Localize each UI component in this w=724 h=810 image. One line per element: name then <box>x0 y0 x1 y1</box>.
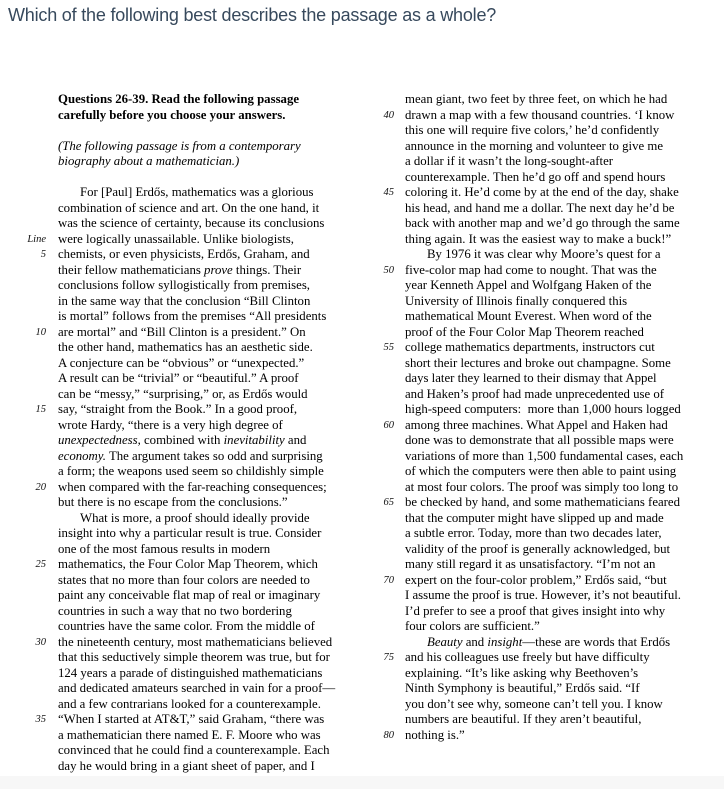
line-number <box>24 139 46 155</box>
line-number: 15 <box>24 402 46 418</box>
passage-text-line: a subtle error. Today, more than two dec… <box>405 526 662 542</box>
passage-line: For [Paul] Erdős, mathematics was a glor… <box>24 185 368 201</box>
passage-text-line: you don’t see why, someone can’t tell yo… <box>405 697 663 713</box>
passage-text-line: Beauty and insight—these are words that … <box>405 635 670 651</box>
line-number <box>372 402 394 418</box>
passage-line: economy. The argument takes so odd and s… <box>24 449 368 465</box>
passage-text-line: are mortal” and “Bill Clinton is a presi… <box>58 325 306 341</box>
passage-text-line: What is more, a proof should ideally pro… <box>58 511 310 527</box>
passage-line: convinced that he could find a counterex… <box>24 743 368 759</box>
passage-line: a form; the weapons used seem so childis… <box>24 464 368 480</box>
passage-line: unexpectedness, combined with inevitabil… <box>24 433 368 449</box>
passage-line: one of the most famous results in modern <box>24 542 368 558</box>
passage-text-line: announce in the morning and volunteer to… <box>405 139 663 155</box>
passage-line: I assume the proof is true. However, it’… <box>372 588 724 604</box>
passage-line: a subtle error. Today, more than two dec… <box>372 526 724 542</box>
passage-line: a mathematician there named E. F. Moore … <box>24 728 368 744</box>
passage-text-line: back with another map and we’d go throug… <box>405 216 680 232</box>
line-number <box>24 170 46 186</box>
line-number <box>24 356 46 372</box>
passage-text-line: the nineteenth century, most mathematici… <box>58 635 332 651</box>
line-number <box>24 588 46 604</box>
passage-text-line: A conjecture can be “obvious” or “unexpe… <box>58 356 304 372</box>
line-number <box>24 418 46 434</box>
line-number <box>24 573 46 589</box>
passage-line: mean giant, two feet by three feet, on w… <box>372 92 724 108</box>
line-number: 45 <box>372 185 394 201</box>
line-number <box>372 666 394 682</box>
passage-text-line: can be “messy,” “surprising,” or, as Erd… <box>58 387 308 403</box>
passage-line: 10are mortal” and “Bill Clinton is a pre… <box>24 325 368 341</box>
passage-text-line: is mortal” follows from the premises “Al… <box>58 309 326 325</box>
passage-text-line: was the science of certainty, because it… <box>58 216 324 232</box>
line-number <box>372 154 394 170</box>
passage-text-line: “When I started at AT&T,” said Graham, “… <box>58 712 324 728</box>
line-number: 75 <box>372 650 394 666</box>
line-number <box>24 542 46 558</box>
passage-text-line: numbers are beautiful. If they aren’t be… <box>405 712 641 728</box>
line-number <box>372 635 394 651</box>
line-number <box>372 387 394 403</box>
passage-text-line: chemists, or even physicists, Erdős, Gra… <box>58 247 310 263</box>
passage-text-line: short their lectures and broke out champ… <box>405 356 671 372</box>
passage-text-line: when compared with the far-reaching cons… <box>58 480 327 496</box>
passage-text-line: Questions 26-39. Read the following pass… <box>58 92 299 108</box>
passage-line: of which the computers were then able to… <box>372 464 724 480</box>
passage-text-line: a mathematician there named E. F. Moore … <box>58 728 321 744</box>
passage-text-line: mathematics, the Four Color Map Theorem,… <box>58 557 318 573</box>
passage-text-line: done was to demonstrate that all possibl… <box>405 433 674 449</box>
passage-line: at most four colors. The proof was simpl… <box>372 480 724 496</box>
line-number <box>24 309 46 325</box>
passage-text-line: were logically unassailable. Unlike biol… <box>58 232 294 248</box>
passage-text-line: wrote Hardy, “there is a very high degre… <box>58 418 283 434</box>
line-number <box>372 232 394 248</box>
line-number: 70 <box>372 573 394 589</box>
passage-text-line: By 1976 it was clear why Moore’s quest f… <box>405 247 661 263</box>
passage-line: a dollar if it wasn’t the long-sought-af… <box>372 154 724 170</box>
passage-line: and dedicated amateurs searched in vain … <box>24 681 368 697</box>
passage-line: the other hand, mathematics has an aesth… <box>24 340 368 356</box>
passage-line: 45coloring it. He’d come by at the end o… <box>372 185 724 201</box>
line-number <box>24 201 46 217</box>
line-number <box>24 728 46 744</box>
passage-text-line: days later they learned to their dismay … <box>405 371 657 387</box>
line-number <box>24 743 46 759</box>
passage-line: countries in such a way that no two bord… <box>24 604 368 620</box>
passage-line: 60among three machines. What Appel and H… <box>372 418 724 434</box>
passage-text-line: mathematical Mount Everest. When word of… <box>405 309 652 325</box>
passage-text-line: be checked by hand, and some mathematici… <box>405 495 680 511</box>
line-number <box>372 139 394 155</box>
passage-line: year Kenneth Appel and Wolfgang Haken of… <box>372 278 724 294</box>
passage-line: A result can be “trivial” or “beautiful.… <box>24 371 368 387</box>
passage-text-line: and dedicated amateurs searched in vain … <box>58 681 335 697</box>
line-number <box>24 108 46 124</box>
line-number <box>24 123 46 139</box>
line-number <box>372 588 394 604</box>
line-number <box>24 154 46 170</box>
passage-line: 65be checked by hand, and some mathemati… <box>372 495 724 511</box>
passage-line: done was to demonstrate that all possibl… <box>372 433 724 449</box>
line-number <box>24 263 46 279</box>
line-number: 65 <box>372 495 394 511</box>
passage-text-line: say, “straight from the Book.” In a good… <box>58 402 297 418</box>
passage-text-line: four colors are sufficient.” <box>405 619 540 635</box>
passage-text-line: among three machines. What Appel and Hak… <box>405 418 668 434</box>
passage-line: their fellow mathematicians prove things… <box>24 263 368 279</box>
line-number <box>372 247 394 263</box>
line-number: 5 <box>24 247 46 263</box>
footer-strip <box>0 776 724 789</box>
passage-line: you don’t see why, someone can’t tell yo… <box>372 697 724 713</box>
passage-text-line: insight into why a particular result is … <box>58 526 321 542</box>
line-number <box>24 216 46 232</box>
line-number <box>372 619 394 635</box>
passage-line: announce in the morning and volunteer to… <box>372 139 724 155</box>
passage-line: 40drawn a map with a few thousand countr… <box>372 108 724 124</box>
line-number <box>372 681 394 697</box>
passage-text-line: combination of science and art. On the o… <box>58 201 319 217</box>
line-number <box>24 681 46 697</box>
passage-text-line: coloring it. He’d come by at the end of … <box>405 185 679 201</box>
passage-text-line: a dollar if it wasn’t the long-sought-af… <box>405 154 613 170</box>
passage-line: that this seductively simple theorem was… <box>24 650 368 666</box>
passage-line: back with another map and we’d go throug… <box>372 216 724 232</box>
line-number: 20 <box>24 480 46 496</box>
passage-text-line: in the same way that the conclusion “Bil… <box>58 294 310 310</box>
passage-line: 20when compared with the far-reaching co… <box>24 480 368 496</box>
line-number <box>372 201 394 217</box>
passage-text-line: nothing is.” <box>405 728 465 744</box>
passage-line: mathematical Mount Everest. When word of… <box>372 309 724 325</box>
passage-line: 35“When I started at AT&T,” said Graham,… <box>24 712 368 728</box>
passage-line: that the computer might have slipped up … <box>372 511 724 527</box>
passage-text-line: carefully before you choose your answers… <box>58 108 285 124</box>
passage-text-line: countries in such a way that no two bord… <box>58 604 292 620</box>
line-number: 30 <box>24 635 46 651</box>
line-number <box>372 371 394 387</box>
line-number <box>372 511 394 527</box>
passage-line: short their lectures and broke out champ… <box>372 356 724 372</box>
passage-text-line: counterexample. Then he’d go off and spe… <box>405 170 665 186</box>
passage-text-line: explaining. “It’s like asking why Beetho… <box>405 666 638 682</box>
passage-text-line: variations of more than 1,500 fundamenta… <box>405 449 683 465</box>
passage-text-line: drawn a map with a few thousand countrie… <box>405 108 674 124</box>
passage-text-line: convinced that he could find a counterex… <box>58 743 329 759</box>
passage-line: 124 years a parade of distinguished math… <box>24 666 368 682</box>
passage-line: counterexample. Then he’d go off and spe… <box>372 170 724 186</box>
line-number <box>372 356 394 372</box>
line-number: 60 <box>372 418 394 434</box>
line-number <box>24 526 46 542</box>
line-number <box>372 123 394 139</box>
passage-line: is mortal” follows from the premises “Al… <box>24 309 368 325</box>
line-number <box>372 480 394 496</box>
line-number <box>372 309 394 325</box>
passage-line: conclusions follow syllogistically from … <box>24 278 368 294</box>
passage-text-line: year Kenneth Appel and Wolfgang Haken of… <box>405 278 651 294</box>
passage-line: 25mathematics, the Four Color Map Theore… <box>24 557 368 573</box>
passage-text-line: and his colleagues use freely but have d… <box>405 650 650 666</box>
passage-text-line: expert on the four-color problem,” Erdős… <box>405 573 667 589</box>
passage-text-line: his head, and hand me a dollar. The next… <box>405 201 674 217</box>
passage-text-line: and Haken’s proof had made unprecedented… <box>405 387 664 403</box>
passage-line: states that no more than four colors are… <box>24 573 368 589</box>
passage-line: but there is no escape from the conclusi… <box>24 495 368 511</box>
passage-left-column: Questions 26-39. Read the following pass… <box>24 92 368 774</box>
passage-text-line: biography about a mathematician.) <box>58 154 239 170</box>
passage-text-line: the other hand, mathematics has an aesth… <box>58 340 313 356</box>
line-number: 40 <box>372 108 394 124</box>
passage-line: Beauty and insight—these are words that … <box>372 635 724 651</box>
passage-line: biography about a mathematician.) <box>24 154 368 170</box>
passage-text-line: I assume the proof is true. However, it’… <box>405 588 681 604</box>
passage-text-line: one of the most famous results in modern <box>58 542 270 558</box>
passage-text-line: five-color map had come to nought. That … <box>405 263 657 279</box>
line-number <box>372 526 394 542</box>
passage-text-line: countries have the same color. From the … <box>58 619 315 635</box>
line-number <box>372 697 394 713</box>
passage-line: days later they learned to their dismay … <box>372 371 724 387</box>
passage-line: high-speed computers: more than 1,000 ho… <box>372 402 724 418</box>
line-number <box>24 495 46 511</box>
passage-line: 5chemists, or even physicists, Erdős, Gr… <box>24 247 368 263</box>
passage-line: thing again. It was the easiest way to m… <box>372 232 724 248</box>
line-number <box>24 666 46 682</box>
passage-text-line: thing again. It was the easiest way to m… <box>405 232 671 248</box>
passage-line: paint any conceivable flat map of real o… <box>24 588 368 604</box>
passage-text-line: that this seductively simple theorem was… <box>58 650 330 666</box>
line-number <box>24 604 46 620</box>
passage-text-line: conclusions follow syllogistically from … <box>58 278 310 294</box>
passage-line: four colors are sufficient.” <box>372 619 724 635</box>
line-number <box>372 557 394 573</box>
passage-line: can be “messy,” “surprising,” or, as Erd… <box>24 387 368 403</box>
passage-line: Questions 26-39. Read the following pass… <box>24 92 368 108</box>
passage-line: combination of science and art. On the o… <box>24 201 368 217</box>
line-number <box>372 325 394 341</box>
line-number <box>24 278 46 294</box>
passage-line: A conjecture can be “obvious” or “unexpe… <box>24 356 368 372</box>
passage-text-line: University of Illinois finally conquered… <box>405 294 627 310</box>
passage-text-line: For [Paul] Erdős, mathematics was a glor… <box>58 185 314 201</box>
line-number <box>372 216 394 232</box>
passage-text-line: (The following passage is from a contemp… <box>58 139 301 155</box>
line-number <box>372 92 394 108</box>
passage-text-line: states that no more than four colors are… <box>58 573 310 589</box>
passage-text-line: A result can be “trivial” or “beautiful.… <box>58 371 299 387</box>
passage-line: his head, and hand me a dollar. The next… <box>372 201 724 217</box>
passage-text-line: their fellow mathematicians prove things… <box>58 263 301 279</box>
passage-text-line: unexpectedness, combined with inevitabil… <box>58 433 306 449</box>
passage-line: 80nothing is.” <box>372 728 724 744</box>
passage-line: validity of the proof is generally ackno… <box>372 542 724 558</box>
line-number <box>372 712 394 728</box>
passage-right-column: mean giant, two feet by three feet, on w… <box>372 92 724 774</box>
passage-text-line: day he would bring in a giant sheet of p… <box>58 759 315 775</box>
passage-line: was the science of certainty, because it… <box>24 216 368 232</box>
line-number: 10 <box>24 325 46 341</box>
passage-text-line: 124 years a parade of distinguished math… <box>58 666 322 682</box>
passage-line: day he would bring in a giant sheet of p… <box>24 759 368 775</box>
passage-line: explaining. “It’s like asking why Beetho… <box>372 666 724 682</box>
passage-text-line: that the computer might have slipped up … <box>405 511 664 527</box>
line-number <box>24 759 46 775</box>
line-number <box>372 294 394 310</box>
passage-line: 70expert on the four-color problem,” Erd… <box>372 573 724 589</box>
line-number: 35 <box>24 712 46 728</box>
passage-text-line: Ninth Symphony is beautiful,” Erdős said… <box>405 681 640 697</box>
passage-line: countries have the same color. From the … <box>24 619 368 635</box>
line-number <box>372 170 394 186</box>
passage-text-line: validity of the proof is generally ackno… <box>405 542 670 558</box>
line-number <box>24 433 46 449</box>
passage-text-line: I’d prefer to see a proof that gives ins… <box>405 604 665 620</box>
line-number <box>24 697 46 713</box>
passage-text-line: a form; the weapons used seem so childis… <box>58 464 324 480</box>
passage-line: By 1976 it was clear why Moore’s quest f… <box>372 247 724 263</box>
line-number <box>24 185 46 201</box>
passage-line <box>24 170 368 186</box>
line-number <box>24 464 46 480</box>
passage-line: I’d prefer to see a proof that gives ins… <box>372 604 724 620</box>
line-number <box>24 340 46 356</box>
line-number <box>372 433 394 449</box>
passage-line: in the same way that the conclusion “Bil… <box>24 294 368 310</box>
line-number <box>24 650 46 666</box>
passage-line: and Haken’s proof had made unprecedented… <box>372 387 724 403</box>
passage-text-line: high-speed computers: more than 1,000 ho… <box>405 402 681 418</box>
passage-line: Ninth Symphony is beautiful,” Erdős said… <box>372 681 724 697</box>
passage: Questions 26-39. Read the following pass… <box>24 92 724 774</box>
line-number <box>24 294 46 310</box>
passage-line: numbers are beautiful. If they aren’t be… <box>372 712 724 728</box>
passage-line: Linewere logically unassailable. Unlike … <box>24 232 368 248</box>
line-number: 25 <box>24 557 46 573</box>
passage-line <box>24 123 368 139</box>
passage-line: 55college mathematics departments, instr… <box>372 340 724 356</box>
passage-line: 75and his colleagues use freely but have… <box>372 650 724 666</box>
passage-line: 15say, “straight from the Book.” In a go… <box>24 402 368 418</box>
line-number: Line <box>24 232 46 248</box>
passage-text-line: mean giant, two feet by three feet, on w… <box>405 92 667 108</box>
passage-text-line: economy. The argument takes so odd and s… <box>58 449 323 465</box>
line-number <box>24 449 46 465</box>
passage-text-line: at most four colors. The proof was simpl… <box>405 480 678 496</box>
line-number <box>24 387 46 403</box>
passage-line: wrote Hardy, “there is a very high degre… <box>24 418 368 434</box>
passage-line: carefully before you choose your answers… <box>24 108 368 124</box>
line-number <box>24 92 46 108</box>
line-number <box>372 604 394 620</box>
line-number: 55 <box>372 340 394 356</box>
line-number <box>372 449 394 465</box>
line-number <box>24 511 46 527</box>
passage-text-line: but there is no escape from the conclusi… <box>58 495 288 511</box>
passage-line: 30the nineteenth century, most mathemati… <box>24 635 368 651</box>
passage-text-line: of which the computers were then able to… <box>405 464 676 480</box>
passage-line: University of Illinois finally conquered… <box>372 294 724 310</box>
passage-text-line: this one will require five colors,’ he’d… <box>405 123 659 139</box>
passage-line: variations of more than 1,500 fundamenta… <box>372 449 724 465</box>
line-number <box>372 542 394 558</box>
passage-line: (The following passage is from a contemp… <box>24 139 368 155</box>
passage-line: many still regard it as unsatisfactory. … <box>372 557 724 573</box>
line-number <box>372 278 394 294</box>
passage-text-line: paint any conceivable flat map of real o… <box>58 588 320 604</box>
passage-text-line: many still regard it as unsatisfactory. … <box>405 557 655 573</box>
line-number <box>24 371 46 387</box>
passage-text-line: and a few contrarians looked for a count… <box>58 697 321 713</box>
passage-text-line: proof of the Four Color Map Theorem reac… <box>405 325 644 341</box>
passage-line: this one will require five colors,’ he’d… <box>372 123 724 139</box>
passage-line: insight into why a particular result is … <box>24 526 368 542</box>
passage-line: 50five-color map had come to nought. Tha… <box>372 263 724 279</box>
passage-line: and a few contrarians looked for a count… <box>24 697 368 713</box>
line-number: 50 <box>372 263 394 279</box>
passage-line: proof of the Four Color Map Theorem reac… <box>372 325 724 341</box>
line-number: 80 <box>372 728 394 744</box>
question-text: Which of the following best describes th… <box>8 5 496 26</box>
passage-line: What is more, a proof should ideally pro… <box>24 511 368 527</box>
passage-text-line: college mathematics departments, instruc… <box>405 340 655 356</box>
line-number <box>372 464 394 480</box>
line-number <box>24 619 46 635</box>
